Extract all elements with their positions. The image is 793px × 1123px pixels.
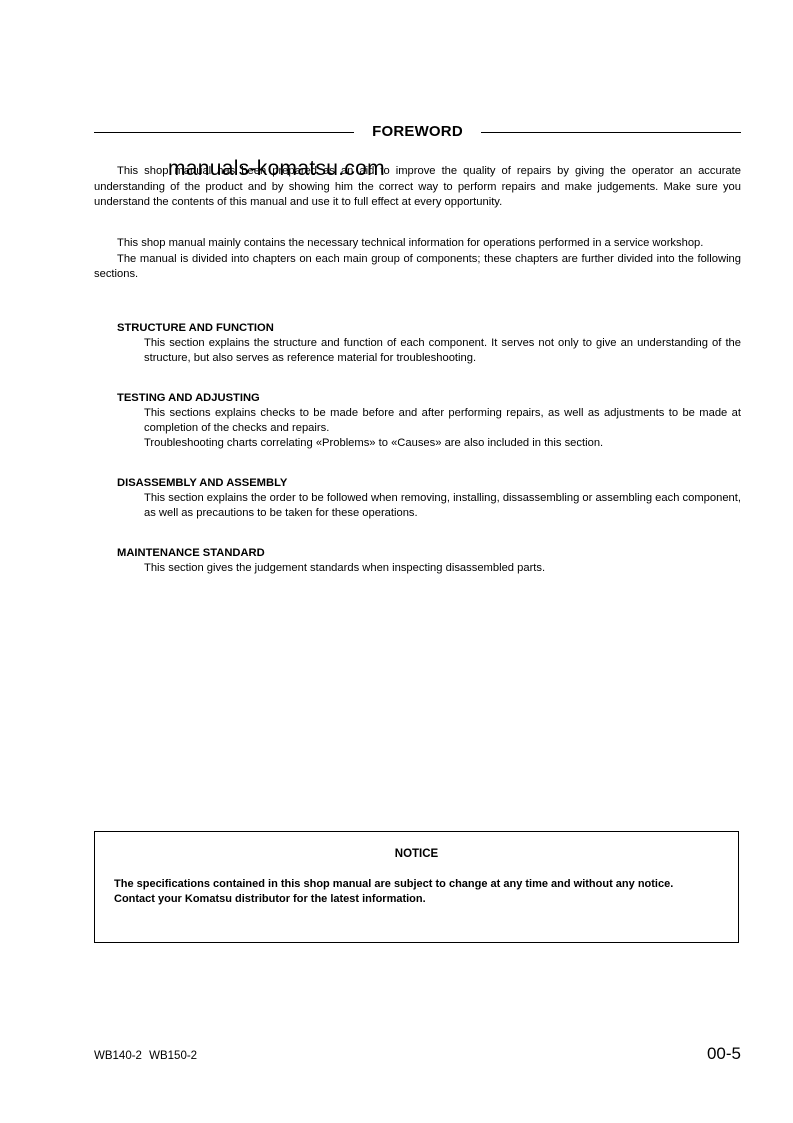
section-text: Troubleshooting charts correlating «Prob… <box>144 436 741 451</box>
overview-text-1: This shop manual mainly contains the nec… <box>94 236 741 252</box>
section-structure-and-function: STRUCTURE AND FUNCTION This section expl… <box>117 321 741 366</box>
overview-paragraph: This shop manual mainly contains the nec… <box>94 236 741 283</box>
page-number: 00-5 <box>707 1044 741 1064</box>
notice-text-1: The specifications contained in this sho… <box>114 877 720 892</box>
watermark: manuals-komatsu.com <box>168 157 385 181</box>
header-rule-right <box>481 132 741 133</box>
section-text: This section explains the structure and … <box>144 336 741 366</box>
section-heading: MAINTENANCE STANDARD <box>117 546 741 561</box>
notice-box: NOTICE The specifications contained in t… <box>94 831 739 943</box>
section-heading: DISASSEMBLY AND ASSEMBLY <box>117 476 741 491</box>
section-heading: TESTING AND ADJUSTING <box>117 391 741 406</box>
footer-models: WB140-2 WB150-2 <box>94 1050 197 1062</box>
page-header: FOREWORD <box>94 122 741 142</box>
notice-title: NOTICE <box>95 848 738 860</box>
section-text: This section explains the order to be fo… <box>144 491 741 521</box>
section-disassembly-and-assembly: DISASSEMBLY AND ASSEMBLY This section ex… <box>117 476 741 521</box>
section-testing-and-adjusting: TESTING AND ADJUSTING This sections expl… <box>117 391 741 451</box>
section-heading: STRUCTURE AND FUNCTION <box>117 321 741 336</box>
notice-text-2: Contact your Komatsu distributor for the… <box>114 892 720 907</box>
section-text: This section gives the judgement standar… <box>144 561 741 576</box>
section-maintenance-standard: MAINTENANCE STANDARD This section gives … <box>117 546 741 576</box>
overview-text-2: The manual is divided into chapters on e… <box>94 252 741 283</box>
section-text: This sections explains checks to be made… <box>144 406 741 436</box>
